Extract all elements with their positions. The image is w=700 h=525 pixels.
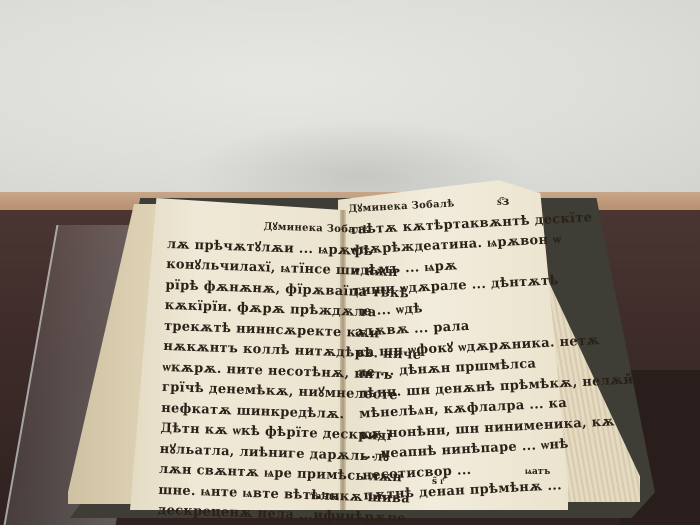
right-page-text: Дꙋминека Зобалѣ таѣтѫ кѫтѣртаквѫнтѣ деск… xyxy=(348,186,639,508)
signature-mark: ѕ̃ г҃ xyxy=(432,476,444,487)
right-catchword: ѩатъ xyxy=(525,466,550,477)
page-folio-number: ѕ҃з xyxy=(497,194,509,209)
left-catchword: таѣта xyxy=(310,492,339,502)
